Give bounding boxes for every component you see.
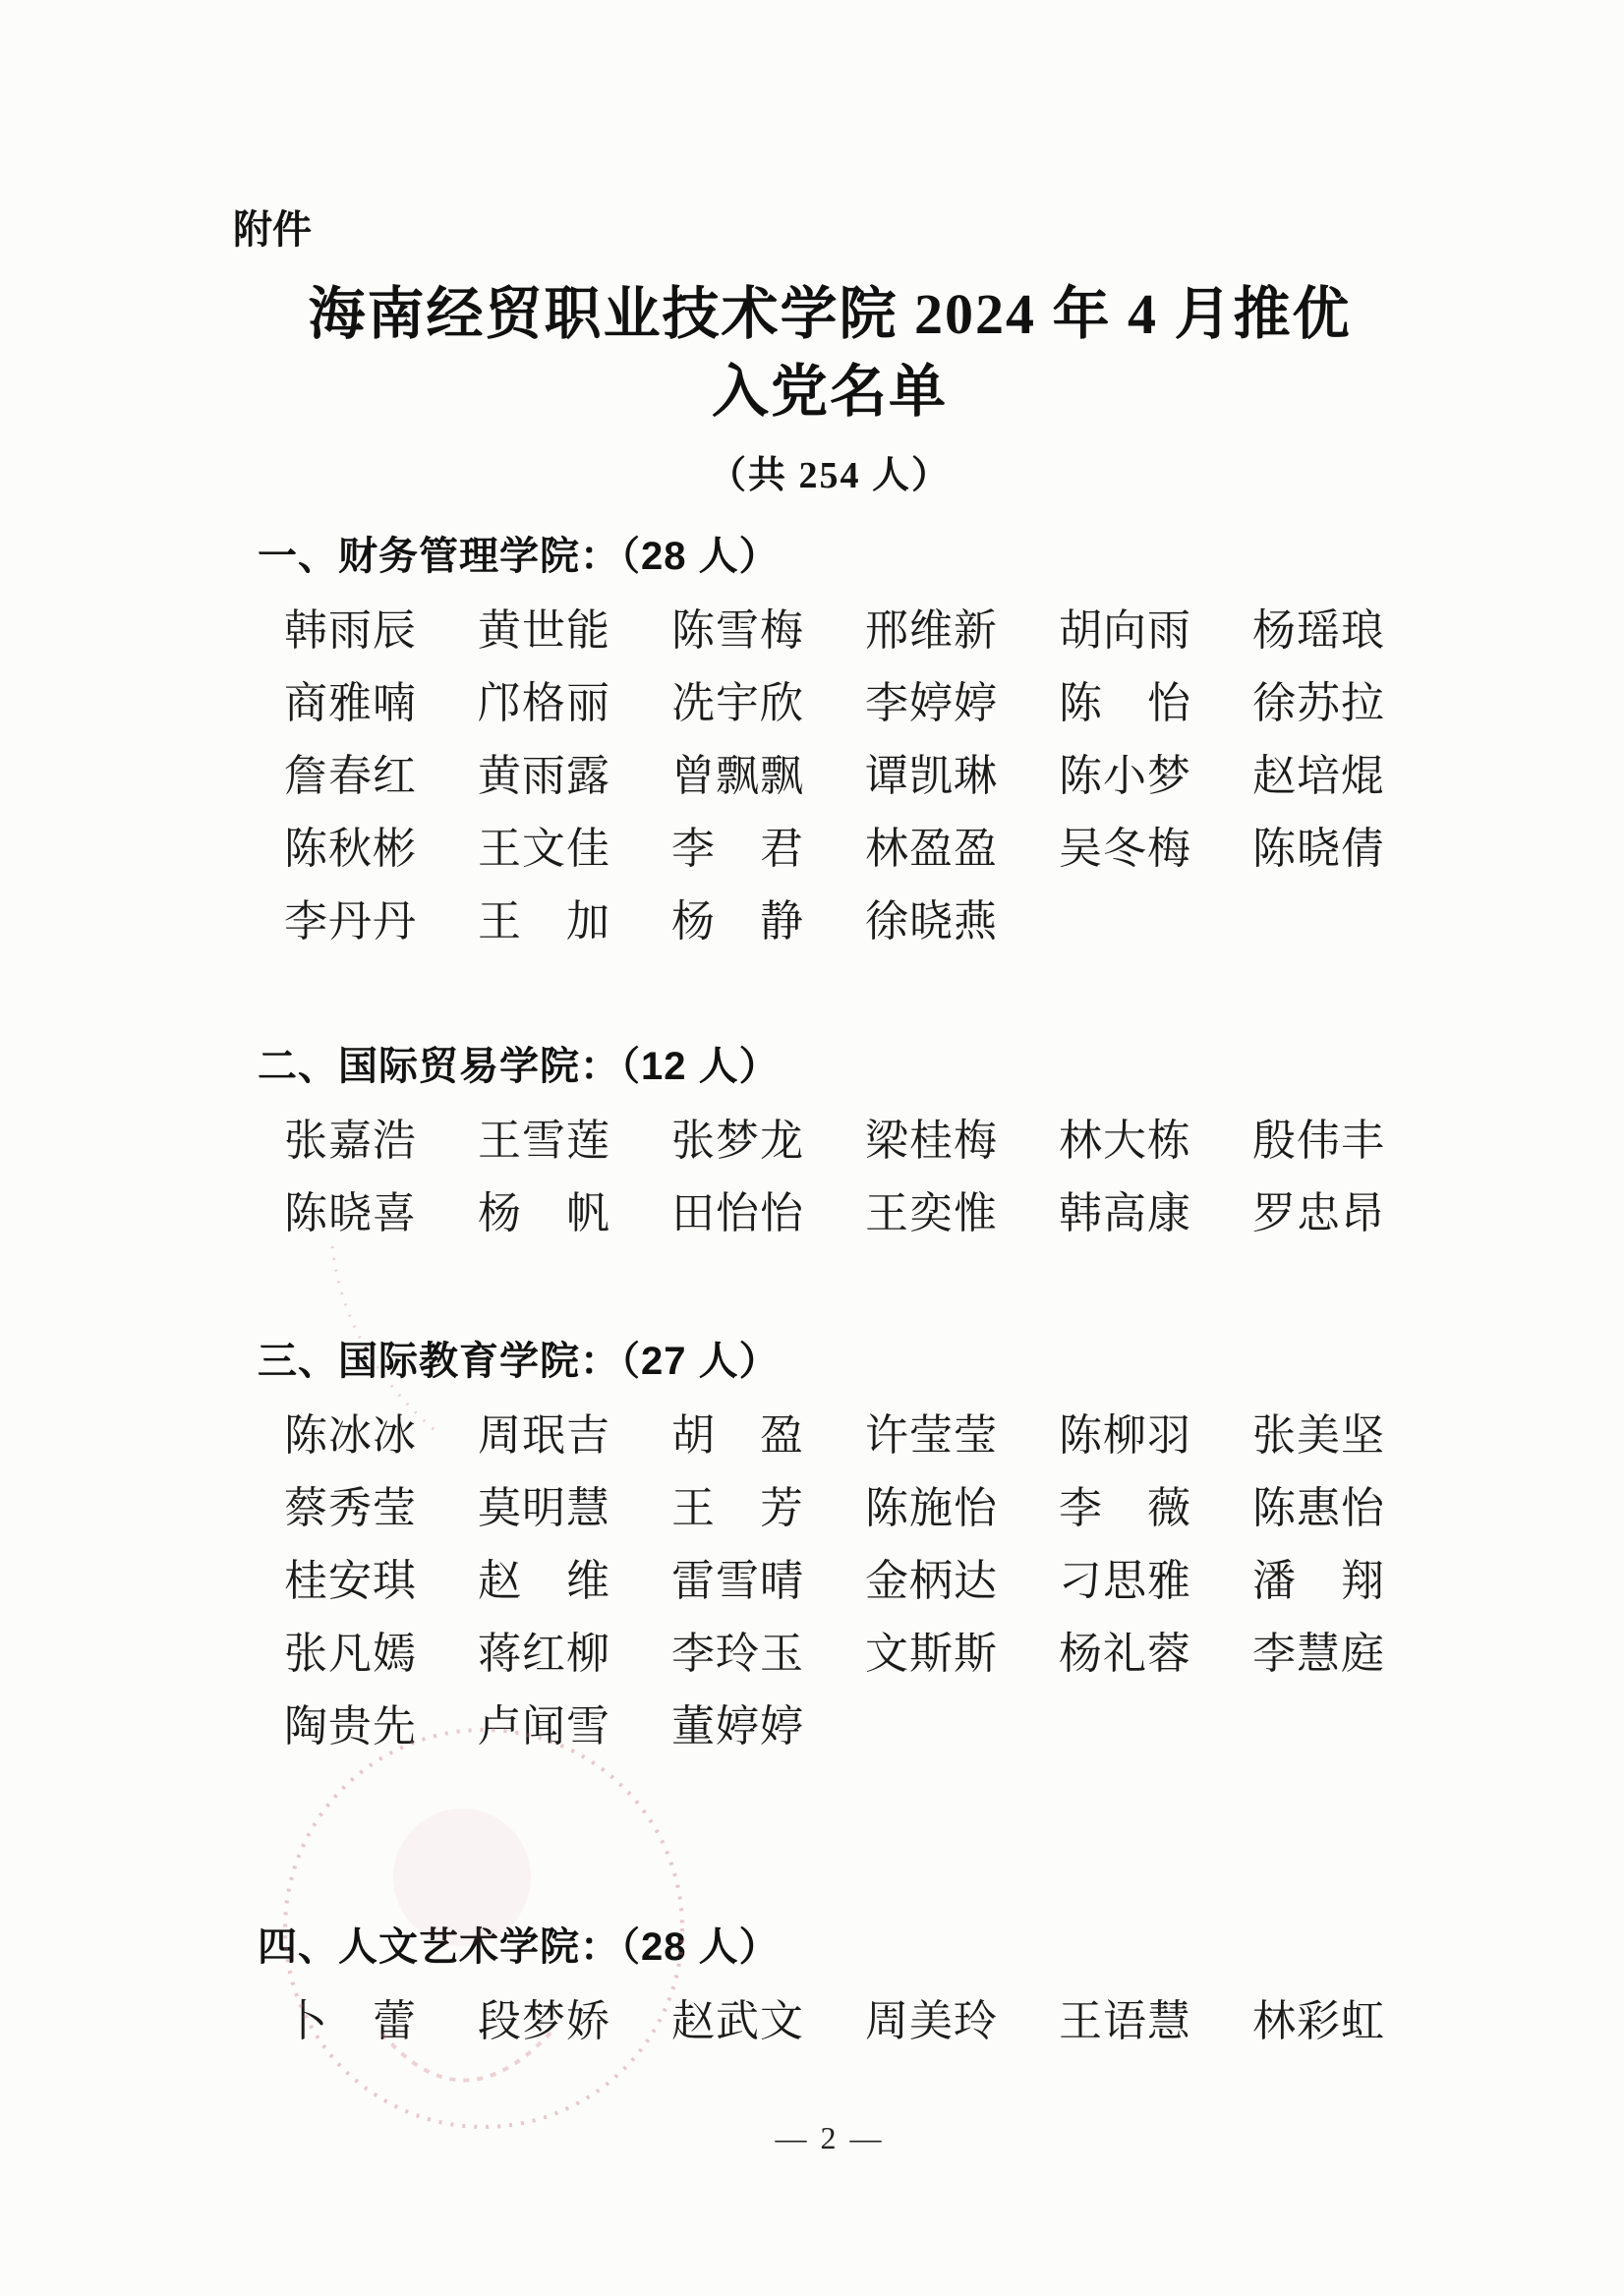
student-name: 刁思雅 [1059, 1557, 1252, 1630]
name-row: 陶贵先卢闻雪董婷婷 [284, 1702, 1624, 1775]
student-name: 金柄达 [865, 1557, 1059, 1630]
student-name: 胡向雨 [1059, 606, 1252, 679]
student-name: 胡 盈 [671, 1411, 865, 1484]
student-name: 蔡秀莹 [284, 1484, 478, 1557]
student-name: 杨 静 [671, 897, 865, 970]
name-row: 陈秋彬王文佳李 君林盈盈吴冬梅陈晓倩 [284, 825, 1624, 897]
section-1: 一、财务管理学院：（28 人）韩雨辰黄世能陈雪梅邢维新胡向雨杨瑶琅商雅喃邝格丽冼… [0, 534, 1624, 970]
student-name: 曾飘飘 [671, 752, 865, 825]
section-3: 三、国际教育学院：（27 人）陈冰冰周珉吉胡 盈许莹莹陈柳羽张美坚蔡秀莹莫明慧王… [0, 1339, 1624, 1775]
section-heading: 二、国际贸易学院：（12 人） [258, 1044, 1624, 1089]
student-name: 殷伟丰 [1252, 1117, 1446, 1189]
name-row: 商雅喃邝格丽冼宇欣李婷婷陈 怡徐苏拉 [284, 679, 1624, 752]
document-title-line-1: 海南经贸职业技术学院 2024 年 4 月推优 [35, 275, 1624, 353]
student-name: 张凡嫣 [284, 1630, 478, 1702]
student-name: 文斯斯 [865, 1630, 1059, 1702]
student-name: 陶贵先 [284, 1702, 478, 1775]
student-name: 李婷婷 [865, 679, 1059, 752]
student-name: 潘 翔 [1252, 1557, 1446, 1630]
student-name: 李慧庭 [1252, 1630, 1446, 1702]
student-name: 陈秋彬 [284, 825, 478, 897]
total-count-label: （共 254 人） [0, 454, 1624, 499]
section-heading: 三、国际教育学院：（27 人） [258, 1339, 1624, 1384]
name-row: 张凡嫣蒋红柳李玲玉文斯斯杨礼蓉李慧庭 [284, 1630, 1624, 1702]
student-name: 韩雨辰 [284, 606, 478, 679]
student-name: 段梦娇 [478, 1997, 671, 2070]
student-name: 詹春红 [284, 752, 478, 825]
document-title: 海南经贸职业技术学院 2024 年 4 月推优 入党名单 [0, 275, 1624, 430]
student-name: 王文佳 [478, 825, 671, 897]
student-name: 张梦龙 [671, 1117, 865, 1189]
page-number: — 2 — [0, 2119, 1624, 2156]
student-name: 林大栋 [1059, 1117, 1252, 1189]
name-row: 卜 蕾段梦娇赵武文周美玲王语慧林彩虹 [284, 1997, 1624, 2070]
student-name: 王 芳 [671, 1484, 865, 1557]
student-name: 许莹莹 [865, 1411, 1059, 1484]
student-name: 董婷婷 [671, 1702, 865, 1775]
section-heading: 一、财务管理学院：（28 人） [258, 534, 1624, 579]
student-name: 陈 怡 [1059, 679, 1252, 752]
student-name: 冼宇欣 [671, 679, 865, 752]
student-name: 莫明慧 [478, 1484, 671, 1557]
student-name: 李 薇 [1059, 1484, 1252, 1557]
student-name: 黄雨露 [478, 752, 671, 825]
student-name: 徐晓燕 [865, 897, 1059, 970]
student-name: 陈惠怡 [1252, 1484, 1446, 1557]
student-name: 杨 帆 [478, 1189, 671, 1262]
section-heading: 四、人文艺术学院：（28 人） [258, 1924, 1624, 1970]
student-name: 陈小梦 [1059, 752, 1252, 825]
student-name: 雷雪晴 [671, 1557, 865, 1630]
name-row: 蔡秀莹莫明慧王 芳陈施怡李 薇陈惠怡 [284, 1484, 1624, 1557]
name-row: 桂安琪赵 维雷雪晴金柄达刁思雅潘 翔 [284, 1557, 1624, 1630]
name-row: 韩雨辰黄世能陈雪梅邢维新胡向雨杨瑶琅 [284, 606, 1624, 679]
student-name: 赵武文 [671, 1997, 865, 2070]
student-name: 王语慧 [1059, 1997, 1252, 2070]
student-name: 田怡怡 [671, 1189, 865, 1262]
document-title-line-2: 入党名单 [35, 353, 1624, 430]
student-name: 黄世能 [478, 606, 671, 679]
section-4: 四、人文艺术学院：（28 人）卜 蕾段梦娇赵武文周美玲王语慧林彩虹 [0, 1924, 1624, 2070]
name-row: 陈冰冰周珉吉胡 盈许莹莹陈柳羽张美坚 [284, 1411, 1624, 1484]
student-name: 商雅喃 [284, 679, 478, 752]
student-name: 李玲玉 [671, 1630, 865, 1702]
student-name: 杨礼蓉 [1059, 1630, 1252, 1702]
student-name: 卢闻雪 [478, 1702, 671, 1775]
student-name: 桂安琪 [284, 1557, 478, 1630]
student-name: 蒋红柳 [478, 1630, 671, 1702]
student-name: 王雪莲 [478, 1117, 671, 1189]
attachment-label: 附件 [233, 206, 312, 254]
student-name: 杨瑶琅 [1252, 606, 1446, 679]
student-name: 赵 维 [478, 1557, 671, 1630]
student-name: 周珉吉 [478, 1411, 671, 1484]
name-row: 陈晓喜杨 帆田怡怡王奕惟韩高康罗忠昂 [284, 1189, 1624, 1262]
student-name: 卜 蕾 [284, 1997, 478, 2070]
student-name: 陈柳羽 [1059, 1411, 1252, 1484]
student-name: 梁桂梅 [865, 1117, 1059, 1189]
student-name: 陈施怡 [865, 1484, 1059, 1557]
student-name: 林彩虹 [1252, 1997, 1446, 2070]
student-name: 韩高康 [1059, 1189, 1252, 1262]
student-name: 谭凯琳 [865, 752, 1059, 825]
student-name: 王奕惟 [865, 1189, 1059, 1262]
student-name: 邢维新 [865, 606, 1059, 679]
name-row: 李丹丹王 加杨 静徐晓燕 [284, 897, 1624, 970]
student-name: 李丹丹 [284, 897, 478, 970]
student-name: 罗忠昂 [1252, 1189, 1446, 1262]
student-name: 陈晓倩 [1252, 825, 1446, 897]
student-name: 徐苏拉 [1252, 679, 1446, 752]
student-name: 赵培焜 [1252, 752, 1446, 825]
student-name: 张嘉浩 [284, 1117, 478, 1189]
student-name: 邝格丽 [478, 679, 671, 752]
student-name: 王 加 [478, 897, 671, 970]
student-name: 李 君 [671, 825, 865, 897]
student-name: 陈晓喜 [284, 1189, 478, 1262]
student-name: 陈雪梅 [671, 606, 865, 679]
student-name: 陈冰冰 [284, 1411, 478, 1484]
student-name: 张美坚 [1252, 1411, 1446, 1484]
student-name: 吴冬梅 [1059, 825, 1252, 897]
name-row: 詹春红黄雨露曾飘飘谭凯琳陈小梦赵培焜 [284, 752, 1624, 825]
section-2: 二、国际贸易学院：（12 人）张嘉浩王雪莲张梦龙梁桂梅林大栋殷伟丰陈晓喜杨 帆田… [0, 1044, 1624, 1262]
scanned-document-page: 附件 海南经贸职业技术学院 2024 年 4 月推优 入党名单 （共 254 人… [0, 0, 1624, 2296]
name-row: 张嘉浩王雪莲张梦龙梁桂梅林大栋殷伟丰 [284, 1117, 1624, 1189]
student-name: 林盈盈 [865, 825, 1059, 897]
student-name: 周美玲 [865, 1997, 1059, 2070]
